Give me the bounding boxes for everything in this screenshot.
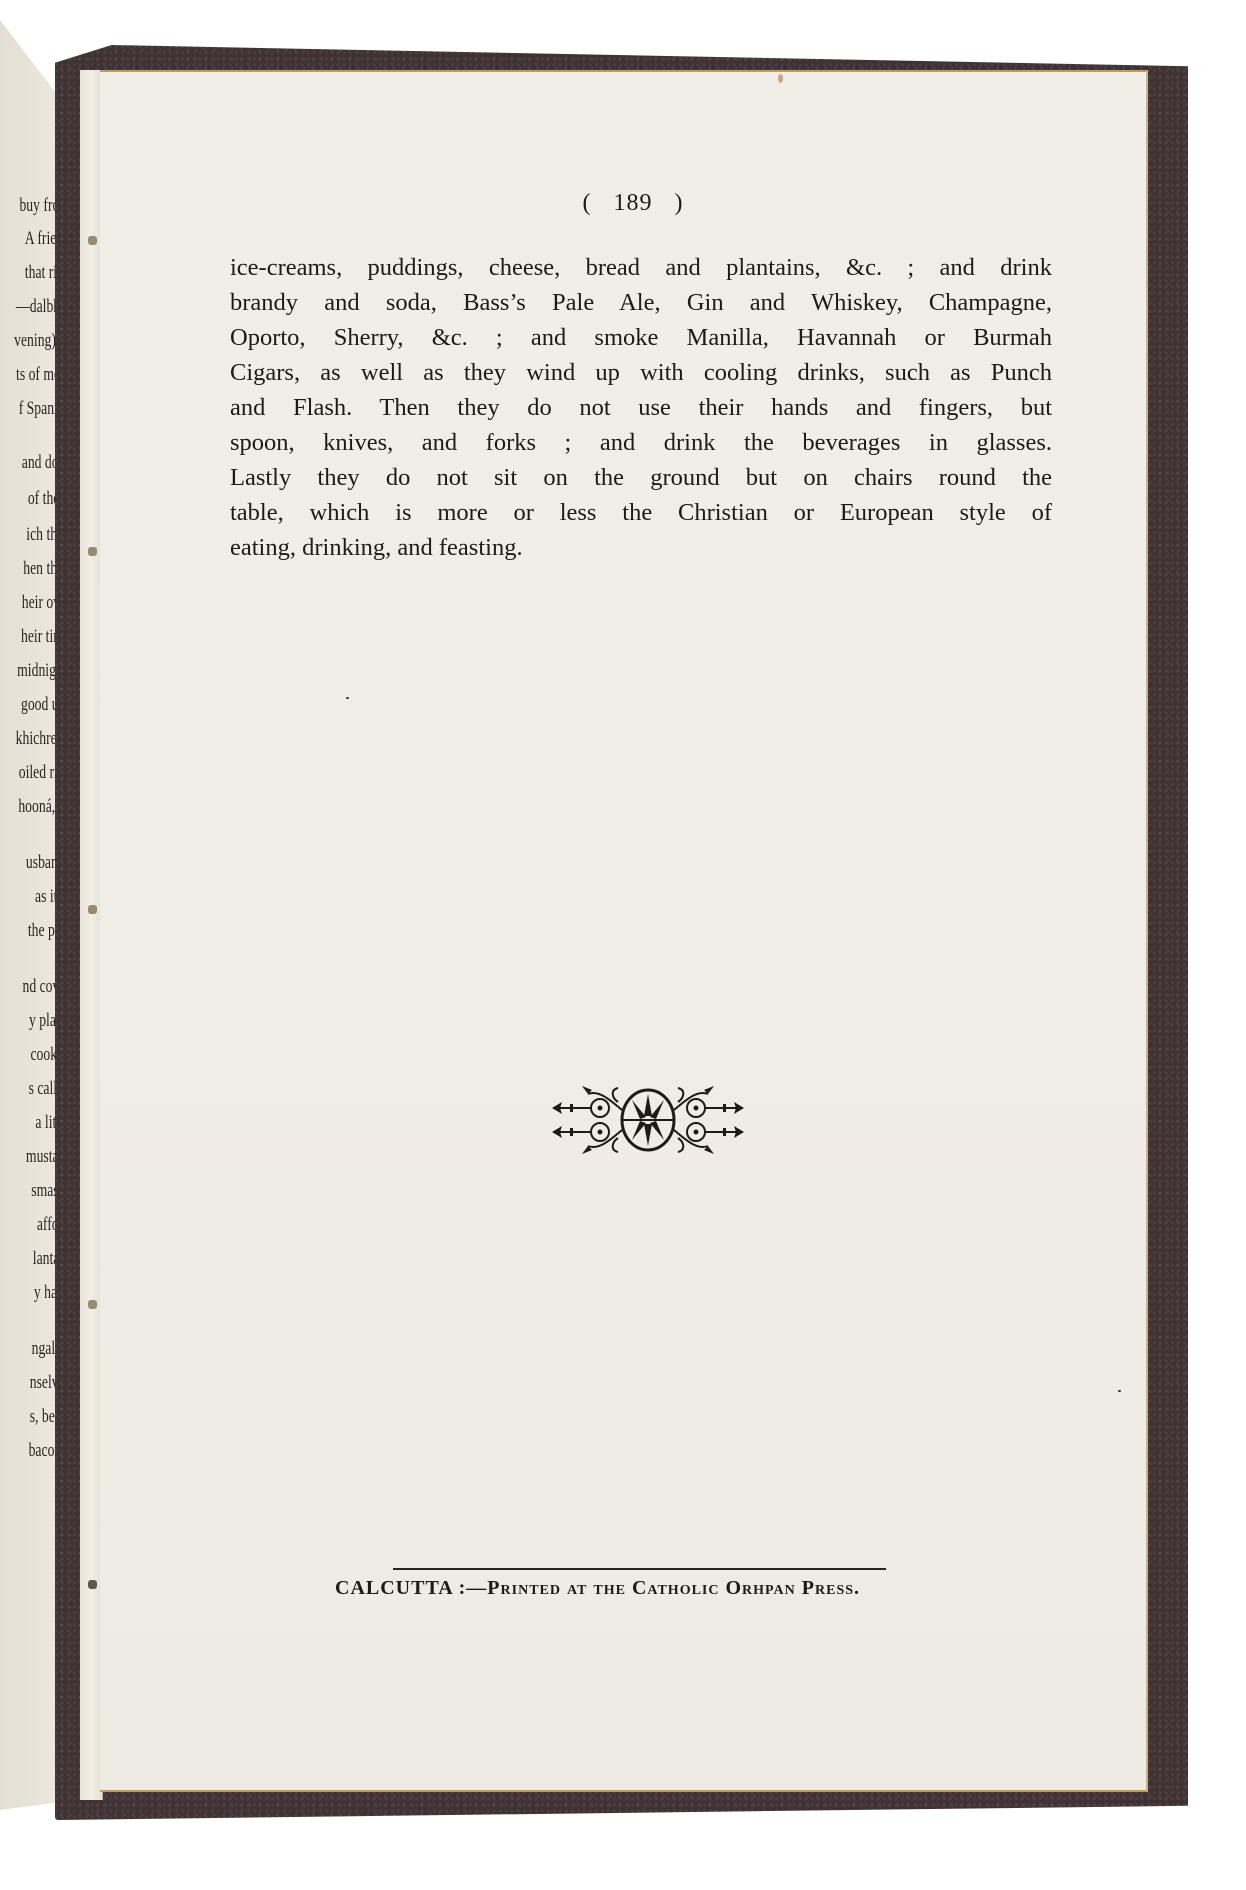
body-line: Oporto, Sherry, &c. ; and smoke Manilla,… [230,320,1052,355]
body-line: Cigars, as well as they wind up with coo… [230,355,1052,390]
printer-imprint: CALCUTTA :—Printed at the Catholic Orhpa… [335,1577,860,1600]
binding-stitch [88,1300,97,1309]
binding-stitch [88,236,97,245]
paper-stain [778,74,783,83]
body-line: table, which is more or less the Christi… [230,495,1052,530]
body-line: and Flash. Then they do not use their ha… [230,390,1052,425]
body-line: spoon, knives, and forks ; and drink the… [230,425,1052,460]
page-number-open-paren: ( [583,190,592,217]
body-line: eating, drinking, and feasting. [230,530,1052,565]
book-page: (189) ice-creams, puddings, cheese, brea… [100,70,1148,1792]
paper-speck [1118,1390,1121,1392]
page-number-close-paren: ) [675,190,684,217]
body-paragraph: ice-creams, puddings, cheese, bread and … [230,250,1052,565]
page-number-value: 189 [614,190,653,216]
page-number: (189) [100,190,1146,217]
body-line: brandy and soda, Bass’s Pale Ale, Gin an… [230,285,1052,320]
body-line: Lastly they do not sit on the ground but… [230,460,1052,495]
binding-stitch [88,1580,97,1589]
binding-stitch [88,905,97,914]
paper-speck [346,697,349,699]
body-line: ice-creams, puddings, cheese, bread and … [230,250,1052,285]
fleuron-ornament-icon [548,1080,748,1160]
binding-stitch [88,547,97,556]
imprint-rule [393,1568,886,1570]
